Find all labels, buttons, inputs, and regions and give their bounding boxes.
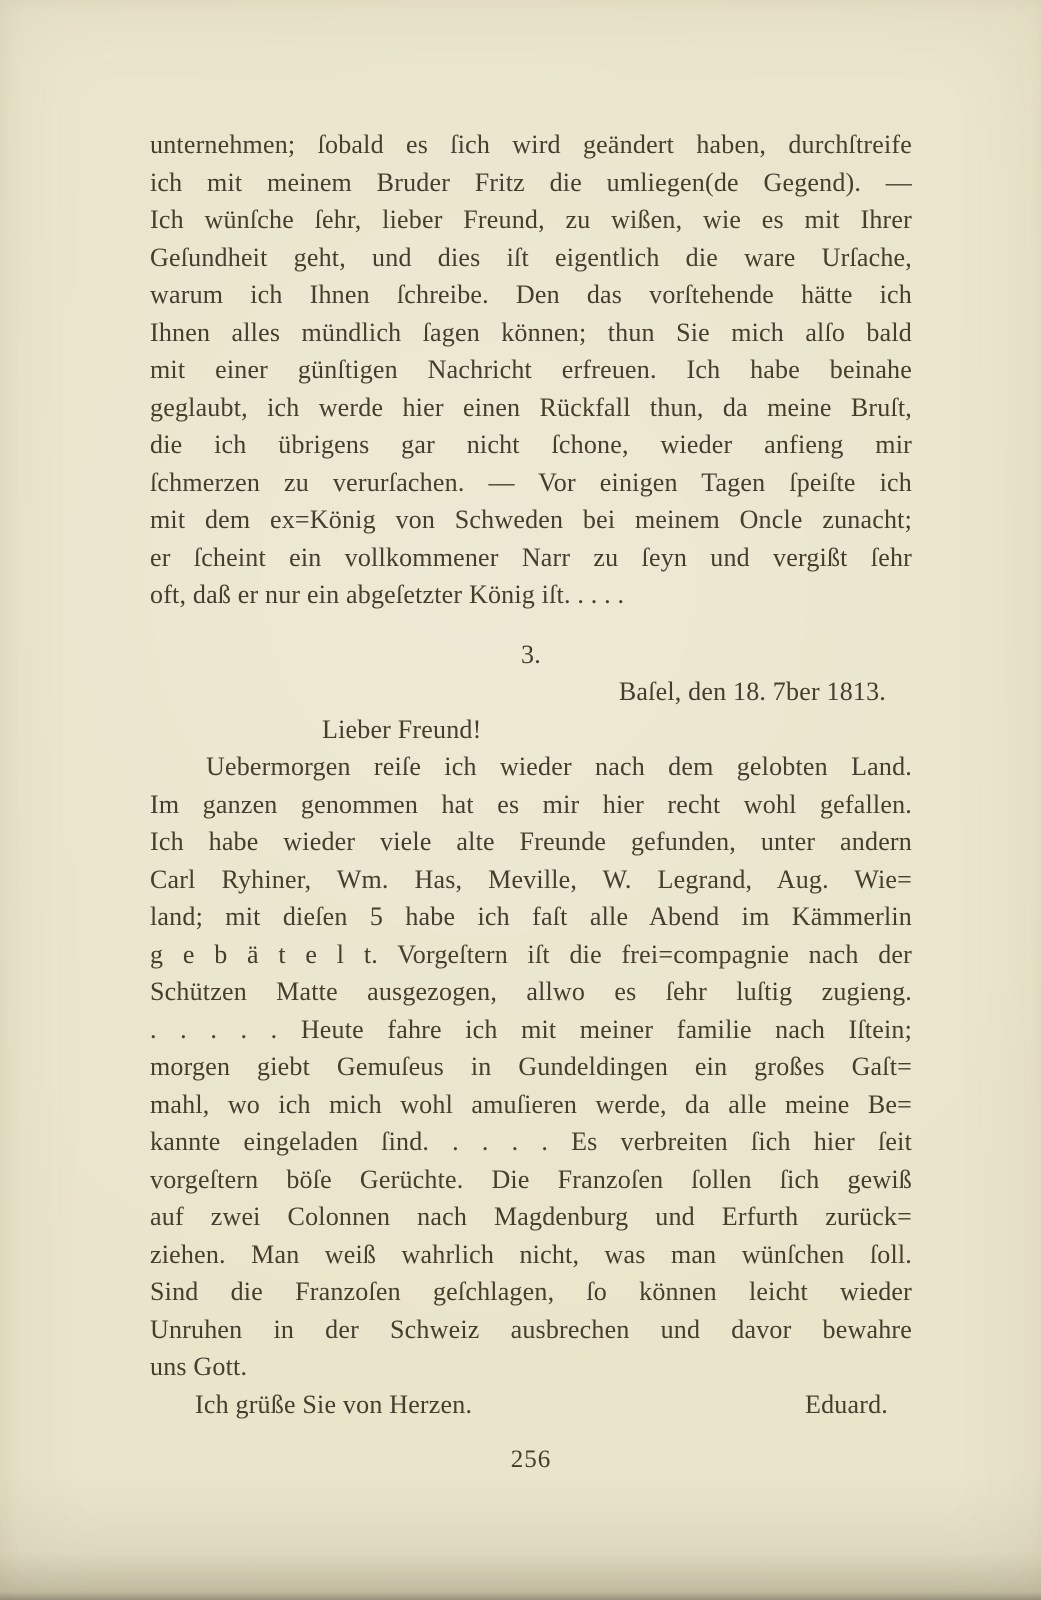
text-line: oft, daß er nur ein abgeſetzter König iſ… <box>150 576 912 614</box>
text-line: die ich übrigens gar nicht ſchone, wiede… <box>150 426 912 464</box>
text-line: . . . . . Heute fahre ich mit meiner fam… <box>150 1011 912 1049</box>
text-line: mahl, wo ich mich wohl amuſieren werde, … <box>150 1086 912 1124</box>
text-line: auf zwei Colonnen nach Magdenburg und Er… <box>150 1198 912 1236</box>
text-block: unternehmen; ſobald es ſich wird geänder… <box>150 126 912 1475</box>
text-line: Carl Ryhiner, Wm. Has, Meville, W. Legra… <box>150 861 912 899</box>
book-page-scan: unternehmen; ſobald es ſich wird geänder… <box>0 0 1041 1600</box>
text-line: Geſundheit geht, und dies iſt eigentlich… <box>150 239 912 277</box>
text-line: Unruhen in der Schweiz ausbrechen und da… <box>150 1311 912 1349</box>
text-line: Ich wünſche ſehr, lieber Freund, zu wiße… <box>150 201 912 239</box>
text-line: vorgeſtern böſe Gerüchte. Die Franzoſen … <box>150 1161 912 1199</box>
letter2-continuation-paragraph: unternehmen; ſobald es ſich wird geänder… <box>150 126 912 614</box>
text-line: Im ganzen genommen hat es mir hier recht… <box>150 786 912 824</box>
text-line: ich mit meinem Bruder Fritz die umliegen… <box>150 164 912 202</box>
letter-dateline: Baſel, den 18. 7ber 1813. <box>150 673 912 711</box>
text-line: ziehen. Man weiß wahrlich nicht, was man… <box>150 1236 912 1274</box>
text-line: ſchmerzen zu verurſachen. — Vor einigen … <box>150 464 912 502</box>
text-line: land; mit dieſen 5 habe ich faſt alle Ab… <box>150 898 912 936</box>
text-line: er ſcheint ein vollkommener Narr zu ſeyn… <box>150 539 912 577</box>
text-line: warum ich Ihnen ſchreibe. Den das vorſte… <box>150 276 912 314</box>
text-line: Schützen Matte ausgezogen, allwo es ſehr… <box>150 973 912 1011</box>
letter-closing-row: Ich grüße Sie von Herzen. Eduard. <box>150 1386 912 1424</box>
text-line: unternehmen; ſobald es ſich wird geänder… <box>150 126 912 164</box>
text-line: mit dem ex=König von Schweden bei meinem… <box>150 501 912 539</box>
text-line: Ihnen alles mündlich ſagen können; thun … <box>150 314 912 352</box>
text-line: Uebermorgen reiſe ich wieder nach dem ge… <box>150 748 912 786</box>
text-line: g e b ä t e l t. Vorgeſtern iſt die frei… <box>150 936 912 974</box>
signature: Eduard. <box>805 1386 888 1424</box>
closing-greeting: Ich grüße Sie von Herzen. <box>195 1386 472 1424</box>
text-line: morgen giebt Gemuſeus in Gundeldingen ei… <box>150 1048 912 1086</box>
text-line: geglaubt, ich werde hier einen Rückfall … <box>150 389 912 427</box>
text-line: Ich habe wieder viele alte Freunde gefun… <box>150 823 912 861</box>
letter3-body-paragraph: Uebermorgen reiſe ich wieder nach dem ge… <box>150 748 912 1386</box>
letter-number-heading: 3. <box>150 636 912 674</box>
page-number: 256 <box>150 1445 912 1475</box>
text-line: uns Gott. <box>150 1348 912 1386</box>
text-line: mit einer günſtigen Nachricht erfreuen. … <box>150 351 912 389</box>
text-line: Sind die Franzoſen geſchlagen, ſo können… <box>150 1273 912 1311</box>
text-line: kannte eingeladen ſind. . . . . Es verbr… <box>150 1123 912 1161</box>
letter-salutation: Lieber Freund! <box>150 711 912 749</box>
